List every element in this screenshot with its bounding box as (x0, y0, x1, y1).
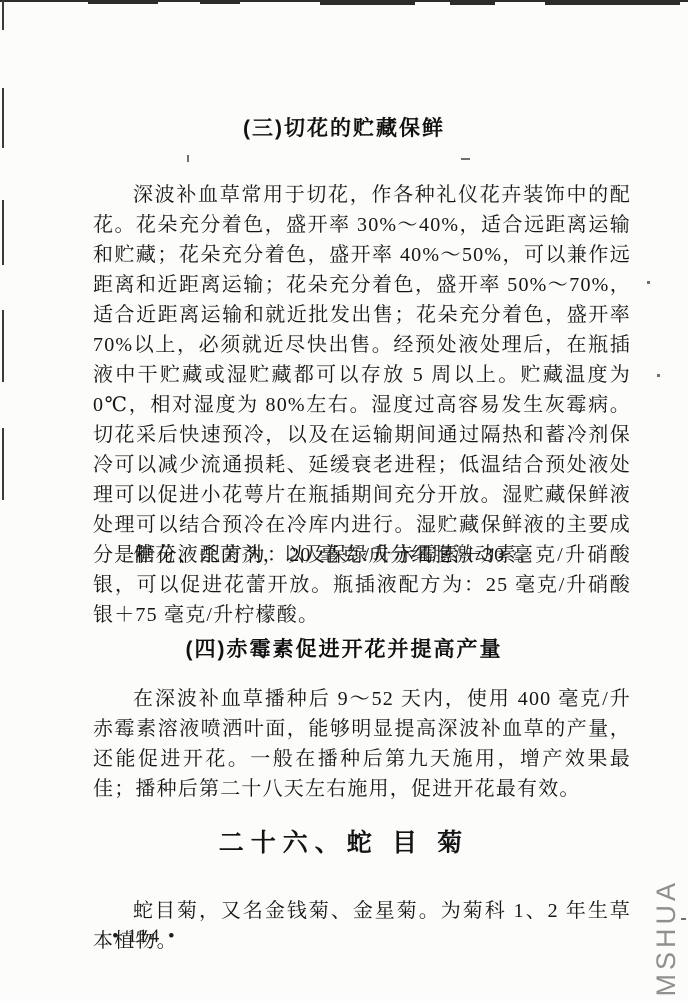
section-heading-gibberellin-yield: (四)赤霉素促进开花并提高产量 (0, 637, 688, 663)
scan-artifact-top-blob (450, 2, 495, 5)
scan-artifact-speck (187, 155, 189, 162)
scan-artifact-left-dash (2, 200, 4, 265)
paragraph-storage-preservation: 深波补血草常用于切花，作各种礼仪花卉装饰中的配花。花朵充分着色，盛开率 30%～… (93, 180, 631, 570)
watermark-text: MSHUA (651, 879, 682, 997)
paragraph-gibberellin-application: 在深波补血草播种后 9～52 天内，使用 400 毫克/升赤霉素溶液喷洒叶面，能… (93, 684, 631, 804)
scan-artifact-left-dash (2, 0, 4, 30)
scan-artifact-top-blob (320, 1, 415, 5)
scan-artifact-top-blob (200, 2, 240, 4)
chapter-heading-snake-eye-chrysanthemum: 二十六、蛇 目 菊 (0, 828, 688, 860)
scan-artifact-speck (461, 158, 470, 160)
scan-artifact-speck (647, 281, 650, 284)
section-heading-cut-flower-storage: (三)切花的贮藏保鲜 (0, 116, 688, 142)
scan-artifact-speck (657, 374, 660, 377)
page-number: • 114 • (112, 926, 177, 948)
scan-artifact-left-dash (2, 310, 4, 382)
scan-artifact-top-blob (88, 0, 158, 4)
paragraph-solution-formulas: 催花液配方为：20 毫克/升赤霉素＋30 毫克/升硝酸银，可以促进花蕾开放。瓶插… (93, 540, 631, 630)
scan-artifact-left-dash (2, 428, 4, 500)
scanned-book-page: (三)切花的贮藏保鲜 深波补血草常用于切花，作各种礼仪花卉装饰中的配花。花朵充分… (0, 0, 688, 1001)
scan-artifact-top-blob (545, 0, 680, 5)
